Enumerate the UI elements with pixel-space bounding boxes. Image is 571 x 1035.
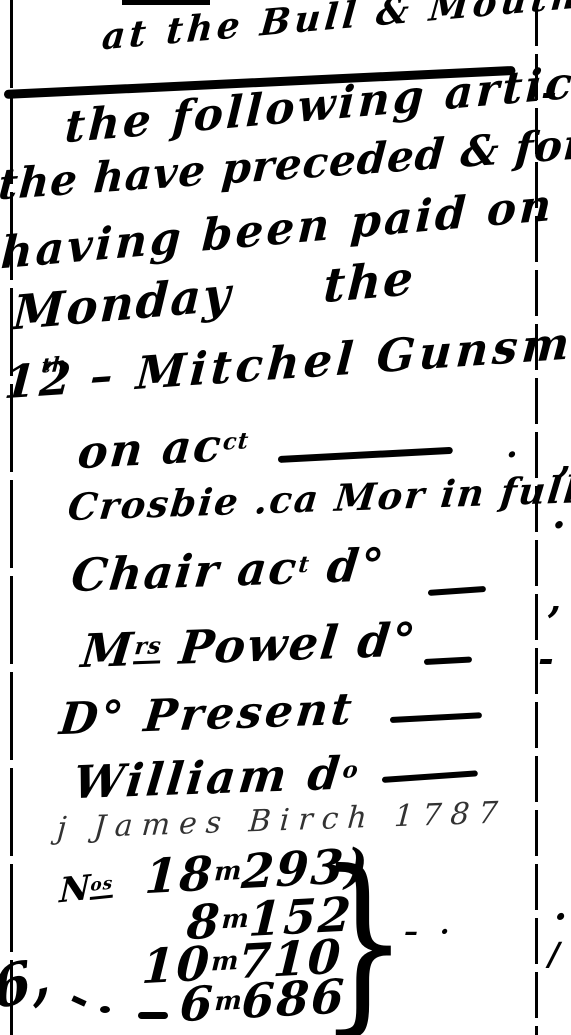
dash-line-present — [390, 712, 482, 723]
totals-brace: } — [318, 846, 409, 1035]
abbreviation-superscript: rs — [133, 632, 163, 664]
entry-text: Crosbie .ca Mor in full. — [66, 467, 571, 530]
abbreviation-superscript: o — [341, 757, 360, 784]
entry-text: Powel d° — [159, 612, 420, 675]
entry-text: Chair ac — [69, 541, 301, 602]
totals-dash-note: – · — [404, 918, 456, 946]
totals-label-text: N — [59, 868, 91, 912]
number-value: 6 — [178, 976, 216, 1033]
ink-fragment-margin: - — [541, 74, 557, 112]
ink-fragment-top-edge — [122, 0, 210, 5]
column-rule-left — [10, 0, 13, 1035]
ink-fragment-margin: · — [552, 506, 566, 546]
m-superscript: m — [213, 856, 242, 888]
ink-fragment-margin: - — [538, 640, 554, 678]
entry-text: M — [79, 622, 138, 678]
entry-text: on ac — [76, 418, 225, 479]
entry-crosbie: Crosbie .ca Mor in full. — [66, 471, 571, 527]
ink-fragment-margin: , — [558, 440, 571, 478]
ink-fragment-margin: · — [554, 898, 567, 936]
ditto-mark: d° — [307, 538, 388, 594]
ink-fragment-dash — [138, 1012, 168, 1019]
entry-mrs-powel: Mrs Powel d° — [79, 616, 419, 674]
dash-line-chair — [428, 586, 486, 596]
ink-fragment-margin: / — [548, 938, 560, 970]
manuscript-page: at the Bull & Mouth – the following arti… — [0, 0, 571, 1035]
entry-william: William do — [71, 750, 361, 805]
ink-fragment-bottom-left: 6, — [0, 948, 53, 1018]
abbreviation-superscript: ct — [222, 428, 250, 456]
dash-line-william — [382, 770, 478, 783]
totals-label-superscript: os — [90, 873, 114, 900]
m-superscript: m — [221, 904, 250, 936]
entry-on-acct: on acct — [76, 421, 251, 475]
ink-fragment-margin: , — [548, 580, 561, 618]
totals-label-nos: Nos — [59, 868, 114, 908]
m-superscript: m — [214, 986, 243, 1018]
ink-fragment-dot — [100, 1006, 110, 1013]
ink-fragment-margin: · — [506, 438, 518, 472]
m-superscript: m — [210, 946, 239, 978]
entry-text: William d — [71, 747, 345, 810]
dash-line-on-acct — [278, 447, 453, 463]
entry-text: D° Present — [57, 684, 357, 746]
page-heading: at the Bull & Mouth – — [100, 0, 571, 58]
day-ordinal-superscript: th — [41, 351, 69, 377]
entry-do-present: D° Present — [57, 688, 356, 742]
dash-line-powel — [424, 656, 472, 665]
ink-fragment-tick — [71, 995, 86, 1006]
entry-chair-acct: Chair act d° — [69, 542, 387, 598]
